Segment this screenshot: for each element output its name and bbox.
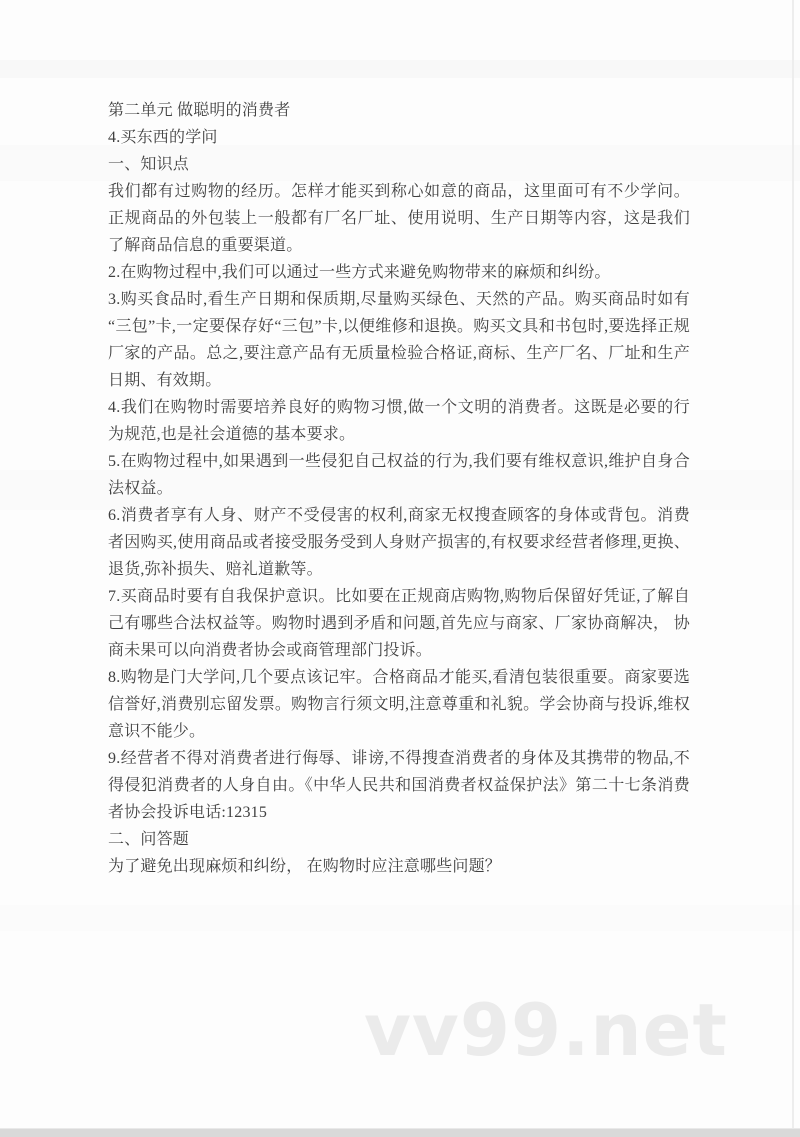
- page-bottom-edge: [0, 1128, 800, 1137]
- section-knowledge-heading: 一、知识点: [108, 151, 690, 178]
- unit-title: 第二单元 做聪明的消费者: [108, 97, 690, 124]
- knowledge-point: 7.买商品时要有自我保护意识。比如要在正规商店购物,购物后保留好凭证,了解自己有…: [108, 583, 690, 664]
- section-qa-heading: 二、问答题: [108, 826, 690, 853]
- knowledge-point: 2.在购物过程中,我们可以通过一些方式来避免购物带来的麻烦和纠纷。: [108, 259, 690, 286]
- scan-artifact-band: [0, 905, 800, 931]
- knowledge-point: 9.经营者不得对消费者进行侮辱、诽谤,不得搜查消费者的身体及其携带的物品,不得侵…: [108, 745, 690, 826]
- page-right-edge: [792, 0, 794, 1129]
- knowledge-point: 3.购买食品时,看生产日期和保质期,尽量购买绿色、天然的产品。购买商品时如有“三…: [108, 286, 690, 394]
- watermark: vv99.net: [364, 988, 728, 1072]
- knowledge-point: 我们都有过购物的经历。怎样才能买到称心如意的商品，这里面可有不少学问。正规商品的…: [108, 178, 690, 259]
- scan-artifact-band: [0, 60, 800, 78]
- knowledge-point: 4.我们在购物时需要培养良好的购物习惯,做一个文明的消费者。这既是必要的行为规范…: [108, 394, 690, 448]
- knowledge-point: 6.消费者享有人身、财产不受侵害的权利,商家无权搜查顾客的身体或背包。消费者因购…: [108, 502, 690, 583]
- lesson-title: 4.买东西的学问: [108, 124, 690, 151]
- document-page: 第二单元 做聪明的消费者 4.买东西的学问 一、知识点 我们都有过购物的经历。怎…: [0, 0, 800, 1137]
- question-text: 为了避免出现麻烦和纠纷， 在购物时应注意哪些问题？: [108, 853, 690, 880]
- document-content: 第二单元 做聪明的消费者 4.买东西的学问 一、知识点 我们都有过购物的经历。怎…: [108, 97, 690, 880]
- knowledge-point: 8.购物是门大学问,几个要点该记牢。合格商品才能买,看清包装很重要。商家要选信誉…: [108, 664, 690, 745]
- knowledge-point: 5.在购物过程中,如果遇到一些侵犯自己权益的行为,我们要有维权意识,维护自身合法…: [108, 448, 690, 502]
